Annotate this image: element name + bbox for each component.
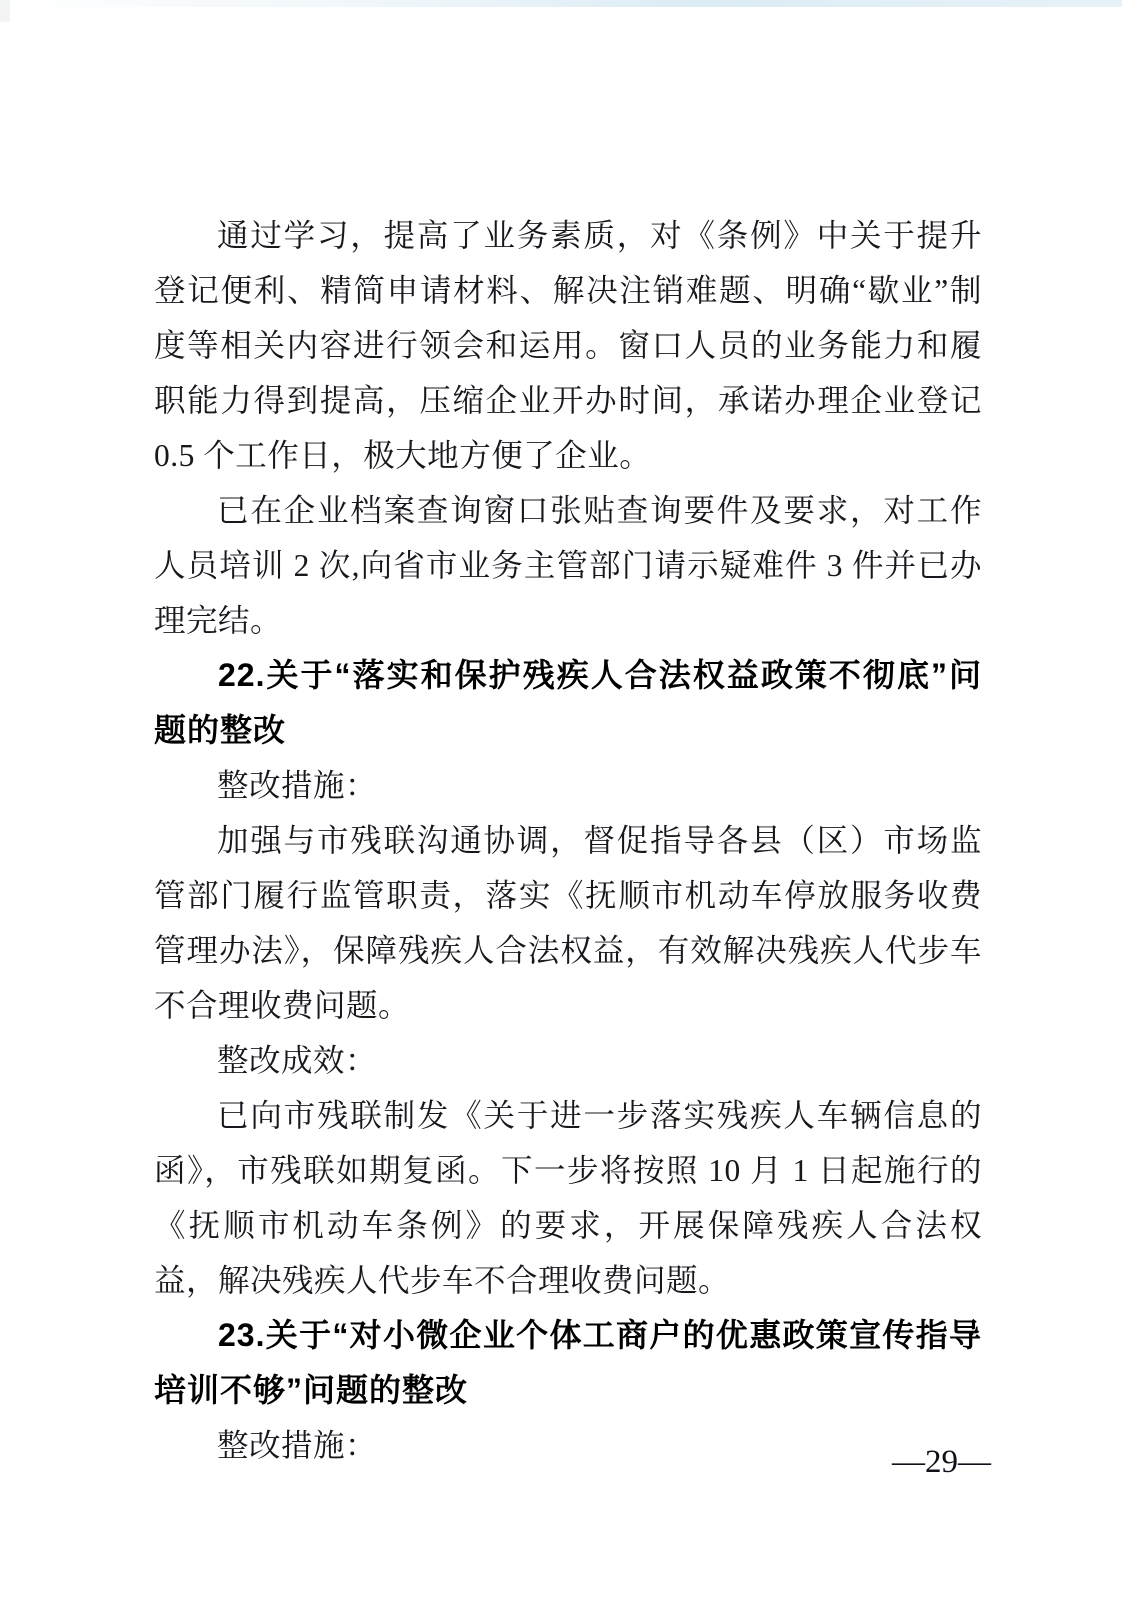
label-rectification-measures-22: 整改措施： — [154, 758, 982, 813]
page-number: —29— — [892, 1442, 991, 1482]
paragraph-study-summary: 通过学习，提高了业务素质，对《条例》中关于提升登记便利、精简申请材料、解决注销难… — [154, 208, 982, 483]
section-heading-22: 22.关于“落实和保护残疾人合法权益政策不彻底”问题的整改 — [154, 648, 982, 758]
paragraph-measures-22: 加强与市残联沟通协调，督促指导各县（区）市场监管部门履行监管职责，落实《抚顺市机… — [154, 813, 982, 1033]
paragraph-results-22: 已向市残联制发《关于进一步落实残疾人车辆信息的函》，市残联如期复函。下一步将按照… — [154, 1088, 982, 1308]
paragraph-archive-window: 已在企业档案查询窗口张贴查询要件及要求，对工作人员培训 2 次,向省市业务主管部… — [154, 483, 982, 648]
label-rectification-measures-23: 整改措施： — [154, 1418, 982, 1473]
scan-corner-artifact — [0, 0, 10, 22]
label-rectification-results-22: 整改成效： — [154, 1033, 982, 1088]
scan-edge-artifact — [0, 0, 1122, 7]
document-page: 通过学习，提高了业务素质，对《条例》中关于提升登记便利、精简申请材料、解决注销难… — [0, 0, 1122, 1600]
document-body: 通过学习，提高了业务素质，对《条例》中关于提升登记便利、精简申请材料、解决注销难… — [154, 208, 982, 1473]
section-heading-23: 23.关于“对小微企业个体工商户的优惠政策宣传指导培训不够”问题的整改 — [154, 1308, 982, 1418]
